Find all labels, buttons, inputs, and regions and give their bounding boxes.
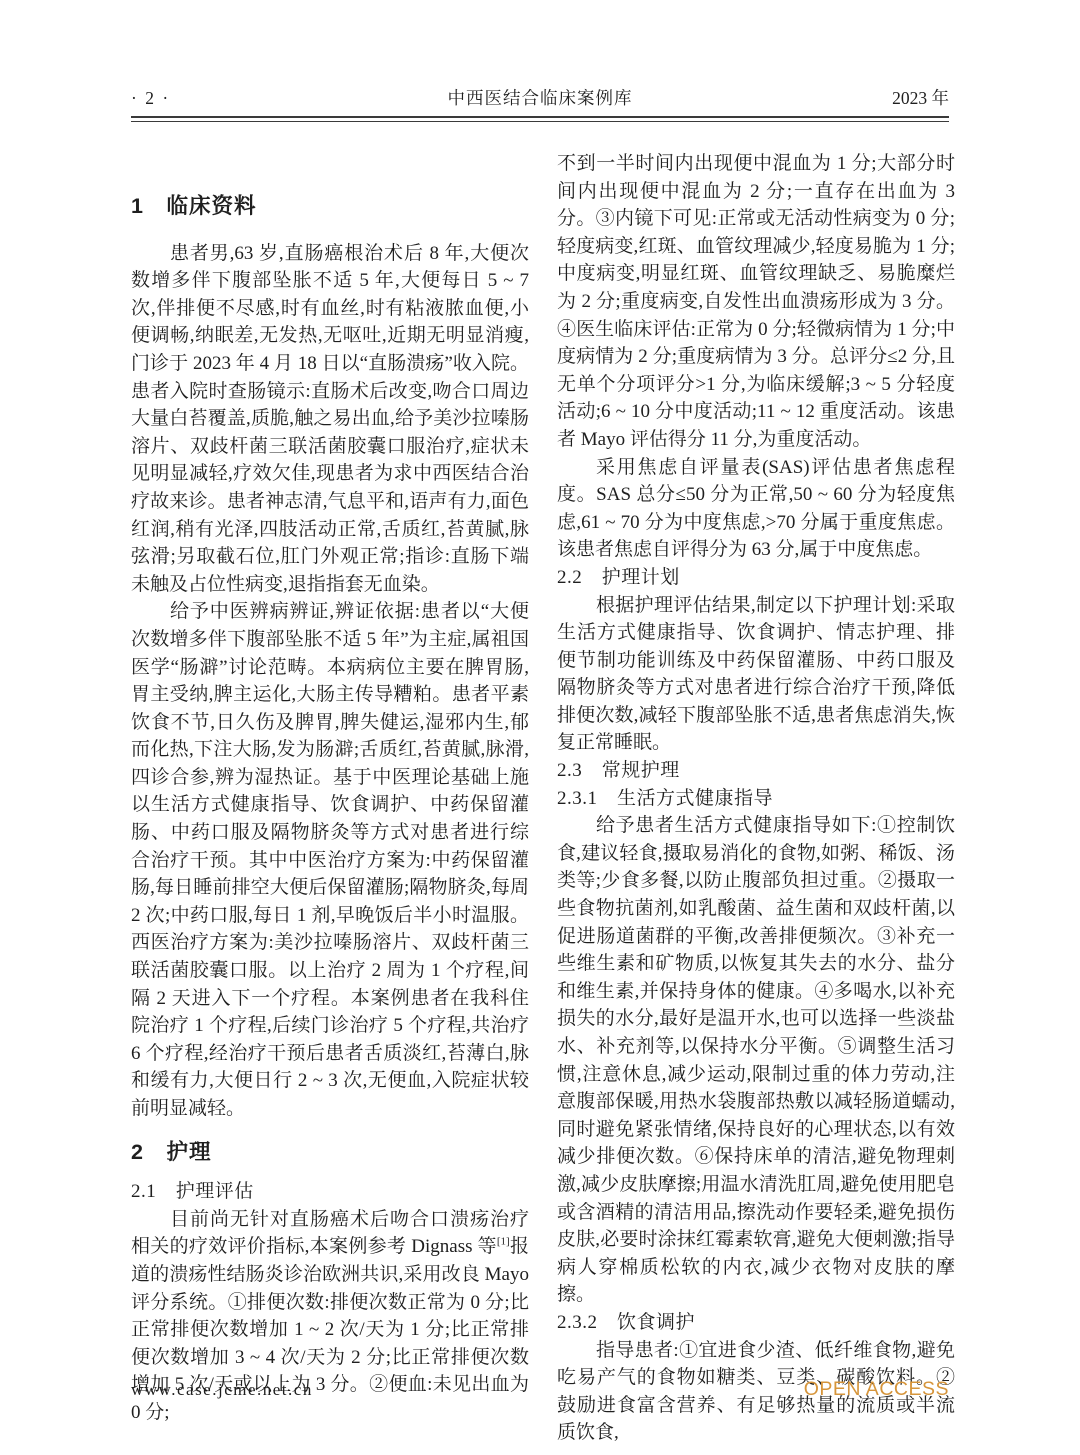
section-2-2-heading: 2.2 护理计划	[557, 564, 955, 592]
reference-1-marker: [1]	[497, 1236, 510, 1248]
section-2-heading: 2 护理	[131, 1139, 529, 1167]
page-number: · 2 ·	[131, 88, 336, 109]
journal-page: · 2 · 中西医结合临床案例库 2023 年 1 临床资料 患者男,63 岁,…	[0, 0, 1080, 1455]
page-footer: www.case.jcme.net.cn OPEN ACCESS	[131, 1378, 949, 1401]
paragraph-nursing-plan: 根据护理评估结果,制定以下护理计划:采取生活方式健康指导、饮食调护、情志护理、排…	[557, 592, 955, 758]
open-access-badge: OPEN ACCESS	[804, 1378, 949, 1401]
paragraph-clinical-history: 患者男,63 岁,直肠癌根治术后 8 年,大便次数增多伴下腹部坠胀不适 5 年,…	[131, 240, 529, 599]
paragraph-mayo-score-continued: 不到一半时间内出现便中混血为 1 分;大部分时间内出现便中混血为 2 分;一直存…	[557, 150, 955, 454]
section-2-1-heading: 2.1 护理评估	[131, 1178, 529, 1206]
article-body: 1 临床资料 患者男,63 岁,直肠癌根治术后 8 年,大便次数增多伴下腹部坠胀…	[131, 150, 955, 1447]
website-url: www.case.jcme.net.cn	[131, 1380, 313, 1400]
paragraph-sas-assessment: 采用焦虑自评量表(SAS)评估患者焦虑程度。SAS 总分≤50 分为正常,50 …	[557, 454, 955, 564]
header-divider-rule	[131, 116, 949, 122]
paragraph-lifestyle-guidance: 给予患者生活方式健康指导如下:①控制饮食,建议轻食,摄取易消化的食物,如粥、稀饭…	[557, 812, 955, 1309]
section-2-3-heading: 2.3 常规护理	[557, 757, 955, 785]
page-header: · 2 · 中西医结合临床案例库 2023 年	[131, 85, 949, 110]
left-column: 1 临床资料 患者男,63 岁,直肠癌根治术后 8 年,大便次数增多伴下腹部坠胀…	[131, 150, 529, 1447]
journal-title: 中西医结合临床案例库	[336, 85, 745, 110]
section-2-3-1-heading: 2.3.1 生活方式健康指导	[557, 785, 955, 813]
section-1-heading: 1 临床资料	[131, 193, 529, 221]
paragraph-tcm-diagnosis: 给予中医辨病辨证,辨证依据:患者以“大便次数增多伴下腹部坠胀不适 5 年”为主症…	[131, 598, 529, 1122]
publication-year: 2023 年	[745, 85, 950, 110]
right-column: 不到一半时间内出现便中混血为 1 分;大部分时间内出现便中混血为 2 分;一直存…	[557, 150, 955, 1447]
assessment-text-before-ref: 目前尚无针对直肠癌术后吻合口溃疡治疗相关的疗效评价指标,本案例参考 Dignas…	[131, 1209, 529, 1258]
section-2-3-2-heading: 2.3.2 饮食调护	[557, 1309, 955, 1337]
